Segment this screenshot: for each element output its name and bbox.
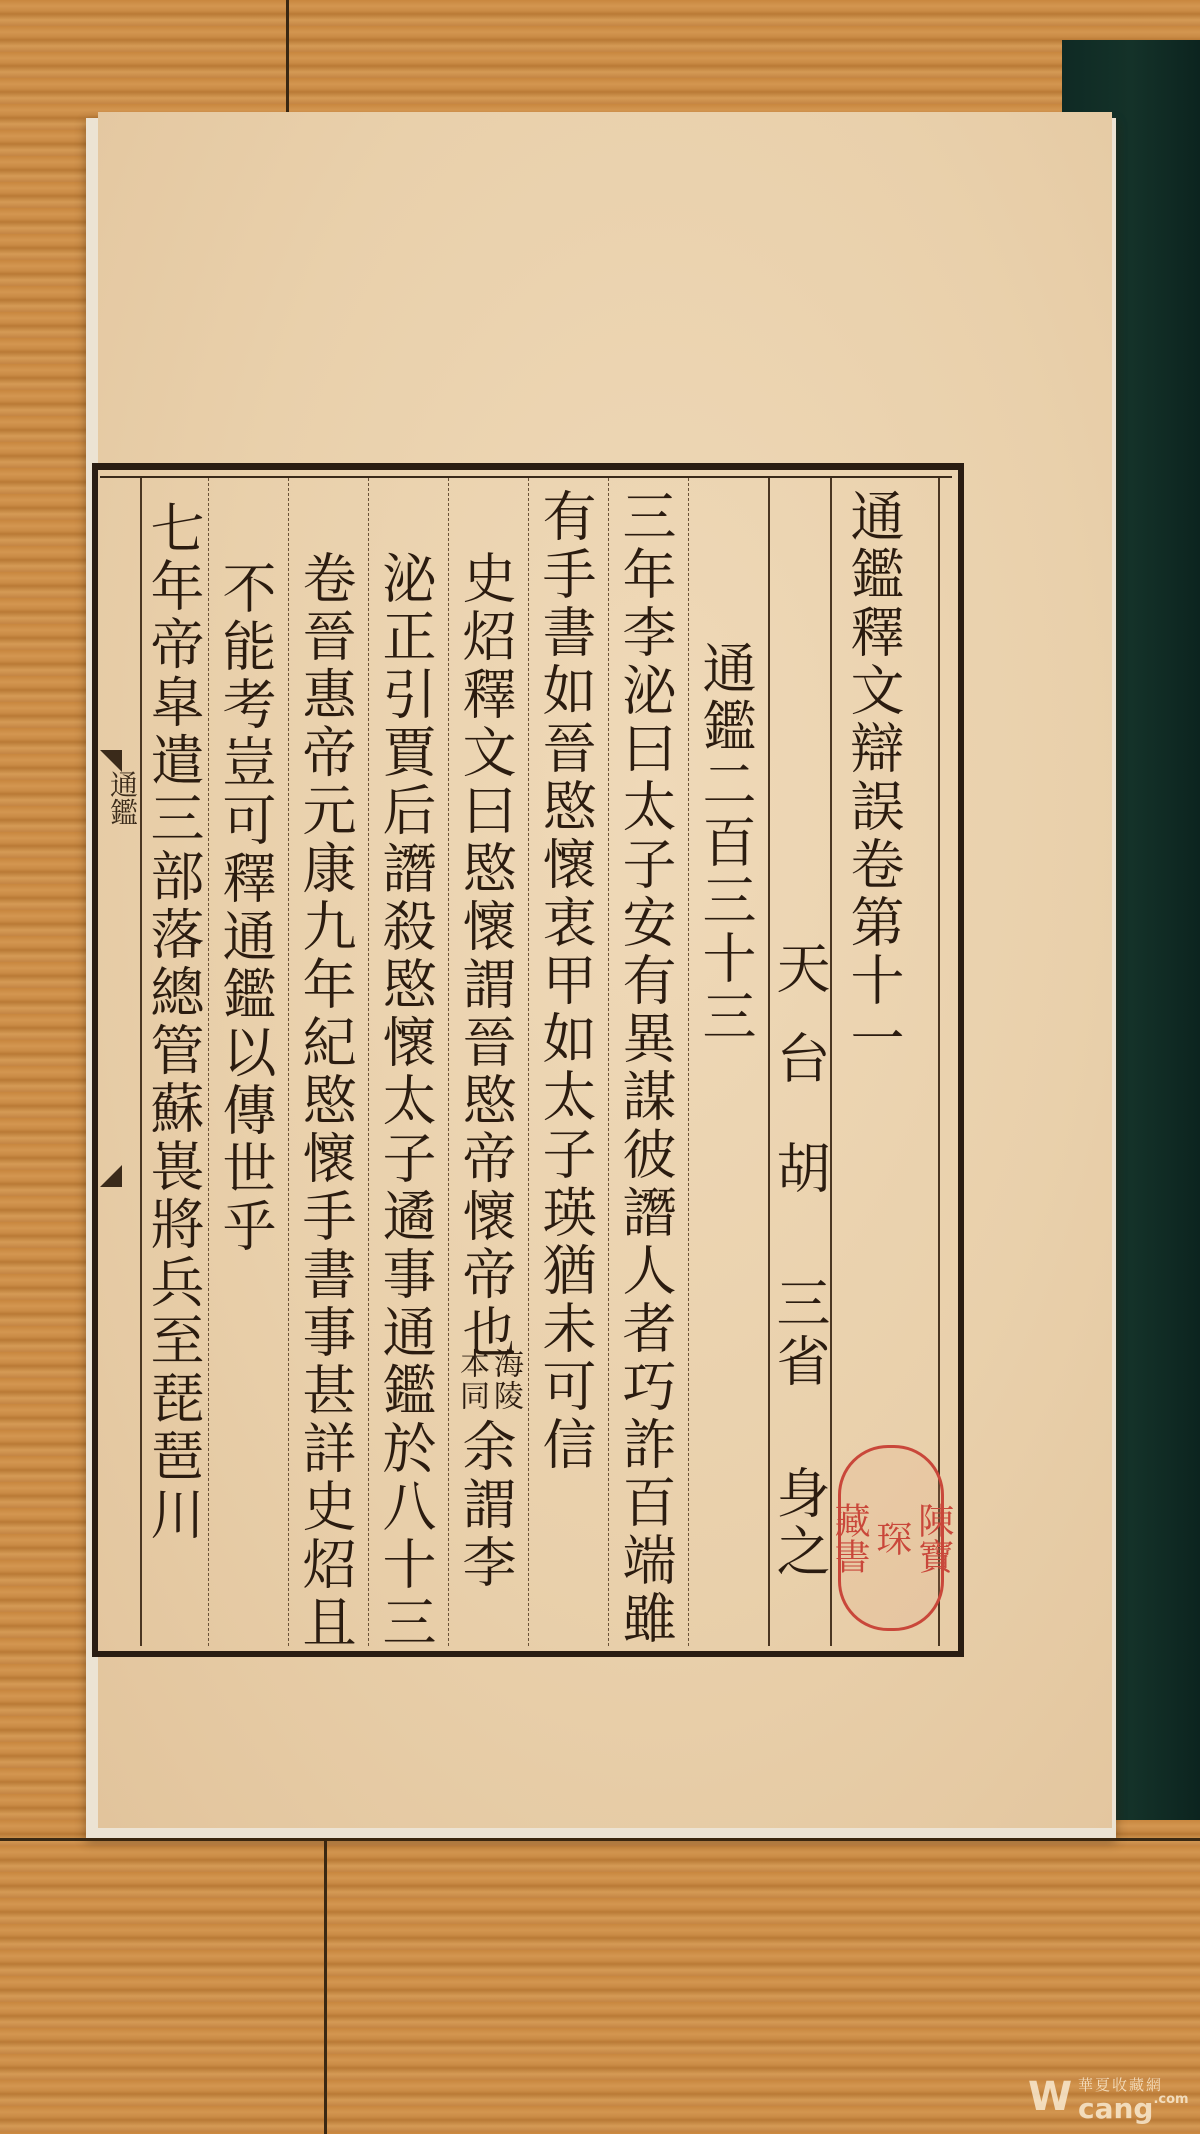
watermark-english: cang.com: [1078, 2092, 1189, 2125]
seal-chars-right: 陳寶: [914, 1502, 952, 1574]
text-column-7: 不能考豈可釋通鑑以傳世乎: [218, 560, 272, 1256]
interlinear-note-left: 本同: [456, 1348, 486, 1412]
text-column-5: 泌正引賈后譖殺愍懷太子遹事通鑑於八十三: [378, 550, 432, 1652]
column-rule: [608, 478, 609, 1646]
spine-label: 通鑑: [102, 770, 142, 826]
author-name: 三省: [772, 1275, 826, 1391]
text-column-2: 三年李泌曰太子安有異謀彼譖人者巧詐百端雖: [618, 488, 672, 1648]
volume-title: 通鑑釋文辯誤卷第十一: [846, 488, 900, 1068]
watermark-english-text: cang: [1078, 2092, 1153, 2125]
interlinear-note-right: 海陵: [490, 1348, 520, 1412]
author-surname: 胡: [772, 1140, 826, 1198]
watermark-logo-icon: W: [1028, 2074, 1072, 2120]
text-column-1: 通鑑二百三十三: [698, 640, 752, 1046]
column-rule: [938, 478, 940, 1646]
column-rule: [528, 478, 529, 1646]
column-rule: [368, 478, 369, 1646]
watermark: W 華夏收藏網 cang.com: [1028, 2070, 1198, 2130]
fishtail-mark-bottom: [100, 1165, 122, 1187]
text-column-3: 有手書如晉愍懷衷甲如太子瑛猶未可信: [538, 488, 592, 1474]
frame-inner-line: [100, 476, 952, 478]
collector-seal: 陳寶 琛 藏書: [838, 1445, 944, 1631]
seal-chars-mid: 琛: [872, 1520, 910, 1556]
author-place: 天台: [772, 940, 826, 1120]
column-rule: [288, 478, 289, 1646]
table-seam-vertical-bottom: [324, 1838, 327, 2134]
author-courtesy-name: 身之: [772, 1465, 826, 1581]
text-column-4-tail: 余謂李: [458, 1418, 512, 1592]
text-column-8: 七年帝皐遣三部落總管蘇嵔將兵至琵琶川: [146, 500, 200, 1544]
seal-chars-left: 藏書: [830, 1502, 868, 1574]
text-column-4: 史炤釋文曰愍懷謂晉愍帝懷帝也: [458, 550, 512, 1362]
table-seam-vertical-top: [286, 0, 289, 118]
fishtail-mark-top: [100, 750, 122, 772]
column-rule: [448, 478, 449, 1646]
watermark-suffix: .com: [1153, 2092, 1188, 2107]
column-rule: [688, 478, 689, 1646]
text-column-6: 卷晉惠帝元康九年紀愍懷手書事甚詳史炤且: [298, 550, 352, 1652]
column-rule: [208, 478, 209, 1646]
table-seam-horizontal: [0, 1838, 1200, 1841]
